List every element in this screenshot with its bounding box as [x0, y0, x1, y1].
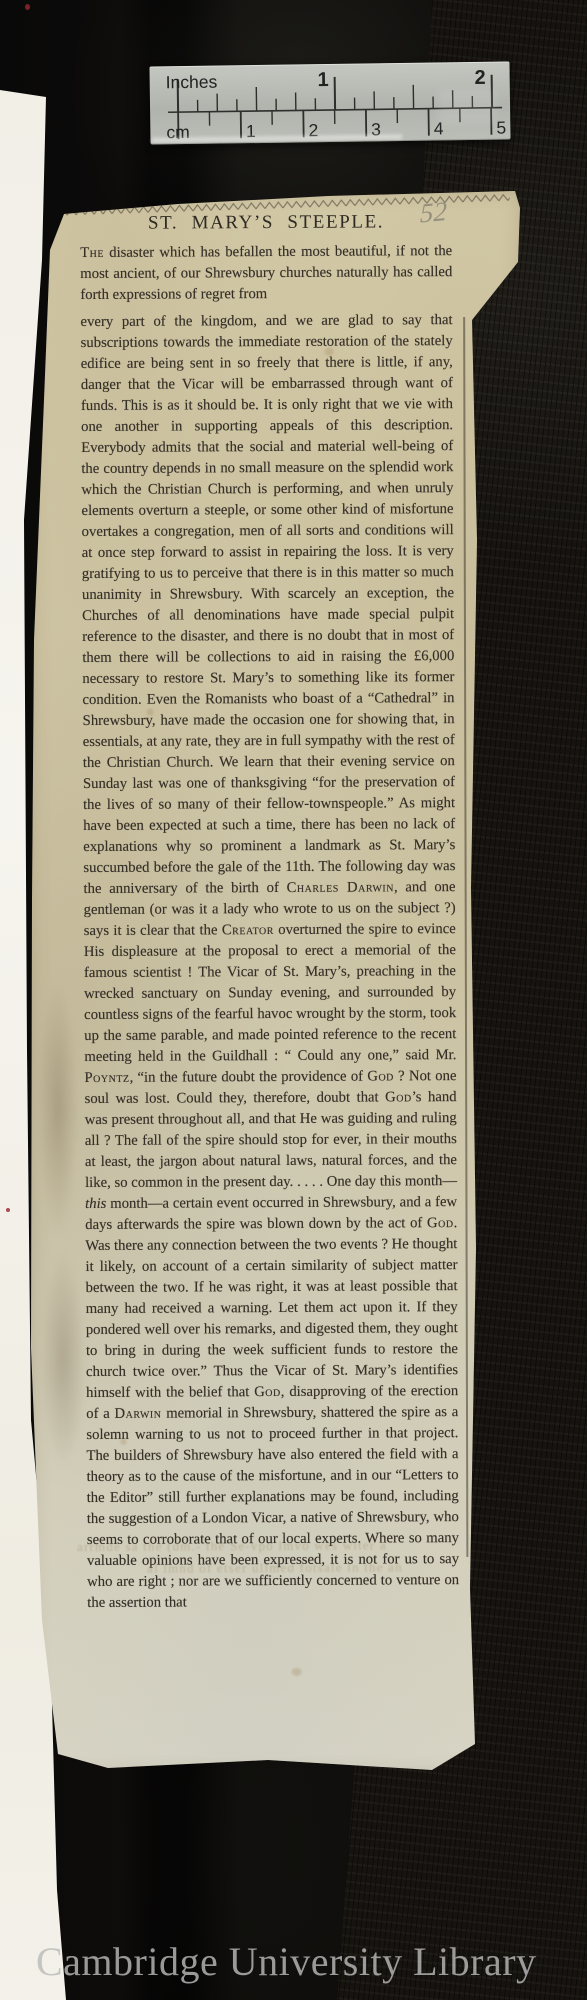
- foxing-spot: [292, 1668, 302, 1676]
- pencil-smudge: [36, 979, 79, 1239]
- svg-text:5: 5: [496, 118, 506, 138]
- article-paragraph: The disaster which has befallen the most…: [80, 241, 452, 306]
- show-through-text: arrmde sa the (dm.- the Se-vpo lmvo wes …: [77, 1537, 387, 1555]
- foxing-spot: [147, 709, 154, 716]
- library-watermark: Cambridge University Library: [36, 1938, 576, 1985]
- article-paragraph: every part of the kingdom, and we are gl…: [80, 310, 459, 1614]
- red-speck: [25, 4, 30, 10]
- show-through-text: al lmnd of etser ullmed fotsale ln the a…: [147, 1559, 403, 1576]
- svg-text:2: 2: [474, 67, 485, 89]
- foxing-spot: [120, 1439, 126, 1445]
- column-rule: [463, 317, 468, 1557]
- svg-text:1: 1: [317, 69, 328, 91]
- foxing-spot: [325, 348, 334, 356]
- red-speck: [6, 1208, 10, 1212]
- pencil-smudge: [39, 1249, 86, 1469]
- tape-glare: [438, 90, 496, 124]
- article-title: ST. MARY’S STEEPLE.: [80, 211, 452, 235]
- svg-text:Inches: Inches: [166, 72, 218, 93]
- photograph: Inches12cm12345 ST. MARY’S STEEPLE. 52 T…: [0, 0, 587, 2000]
- article-body: The disaster which has befallen the most…: [80, 241, 459, 1614]
- pencil-annotation: 52: [420, 196, 447, 230]
- newspaper-clipping: ST. MARY’S STEEPLE. 52 The disaster whic…: [28, 188, 524, 1778]
